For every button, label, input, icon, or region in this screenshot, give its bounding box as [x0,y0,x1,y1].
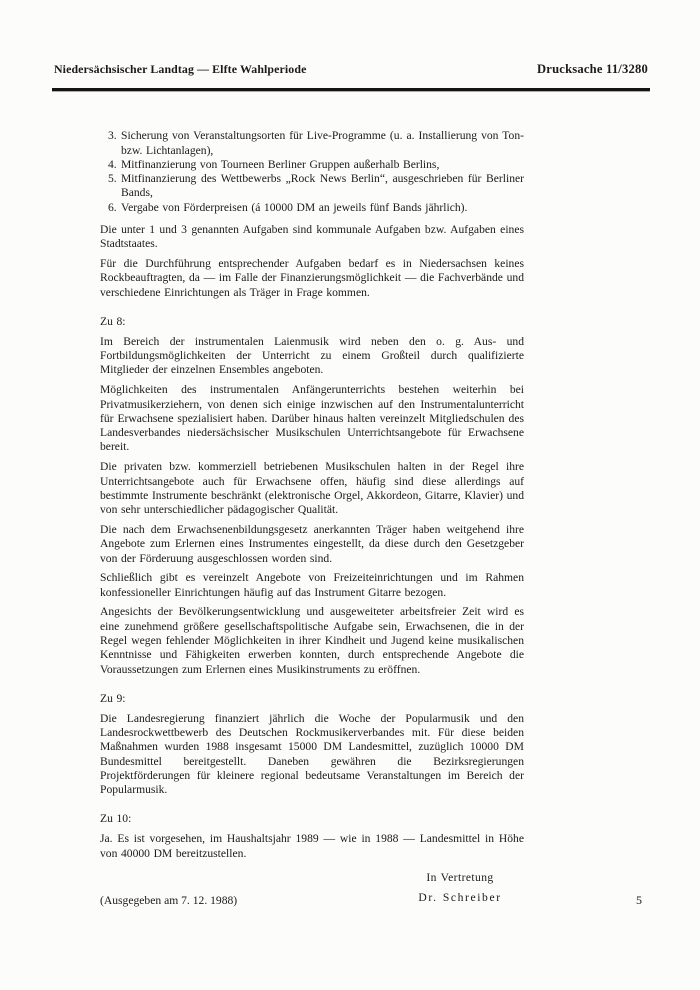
list-item-number: 5. [108,172,121,186]
list-item-text: Sicherung von Veranstaltungsorten für Li… [121,129,524,158]
list-item-number: 4. [108,158,121,172]
list-item: 6. Vergabe von Förderpreisen (á 10000 DM… [100,201,524,215]
footer-page-number: 5 [636,893,642,907]
section-heading: Zu 9: [100,692,524,706]
numbered-list: 3. Sicherung von Veranstaltungsorten für… [100,129,524,215]
section-zu-8: Zu 8: Im Bereich der instrumentalen Laie… [100,315,524,677]
document-body: 3. Sicherung von Veranstaltungsorten für… [100,129,524,905]
paragraph: Die Landesregierung finanziert jährlich … [100,712,524,798]
paragraph: Ja. Es ist vorgesehen, im Haushaltsjahr … [100,832,524,861]
list-item-text: Mitfinanzierung des Wettbewerbs „Rock Ne… [121,172,524,201]
header-parliament-title: Niedersächsischer Landtag — Elfte Wahlpe… [54,62,306,76]
page-footer: (Ausgegeben am 7. 12. 1988) 5 [100,893,642,908]
section-heading: Zu 8: [100,315,524,329]
section-zu-9: Zu 9: Die Landesregierung finanziert jäh… [100,692,524,798]
header-rule [52,88,650,91]
intro-paragraph: Die unter 1 und 3 genannten Aufgaben sin… [100,223,524,252]
footer-issue-date: (Ausgegeben am 7. 12. 1988) [100,894,237,908]
signature-role: In Vertretung [380,871,540,885]
page-header: Niedersächsischer Landtag — Elfte Wahlpe… [0,0,700,76]
paragraph: Im Bereich der instrumentalen Laienmusik… [100,335,524,378]
section-heading: Zu 10: [100,812,524,826]
list-item: 3. Sicherung von Veranstaltungsorten für… [100,129,524,158]
list-item-text: Vergabe von Förderpreisen (á 10000 DM an… [121,201,524,215]
paragraph: Möglichkeiten des instrumentalen Anfänge… [100,383,524,454]
intro-paragraph: Für die Durchführung entsprechender Aufg… [100,257,524,300]
paragraph: Die nach dem Erwachsenenbildungsgesetz a… [100,523,524,566]
document-page: Niedersächsischer Landtag — Elfte Wahlpe… [0,0,700,990]
list-item-text: Mitfinanzierung von Tourneen Berliner Gr… [121,158,524,172]
paragraph: Die privaten bzw. kommerziell betriebene… [100,460,524,517]
paragraph: Angesichts der Bevölkerungsentwicklung u… [100,605,524,676]
list-item-number: 3. [108,129,121,143]
list-item: 5. Mitfinanzierung des Wettbewerbs „Rock… [100,172,524,201]
header-document-number: Drucksache 11/3280 [537,62,648,76]
list-item: 4. Mitfinanzierung von Tourneen Berliner… [100,158,524,172]
section-zu-10: Zu 10: Ja. Es ist vorgesehen, im Haushal… [100,812,524,860]
list-item-number: 6. [108,201,121,215]
paragraph: Schließlich gibt es vereinzelt Angebote … [100,571,524,600]
